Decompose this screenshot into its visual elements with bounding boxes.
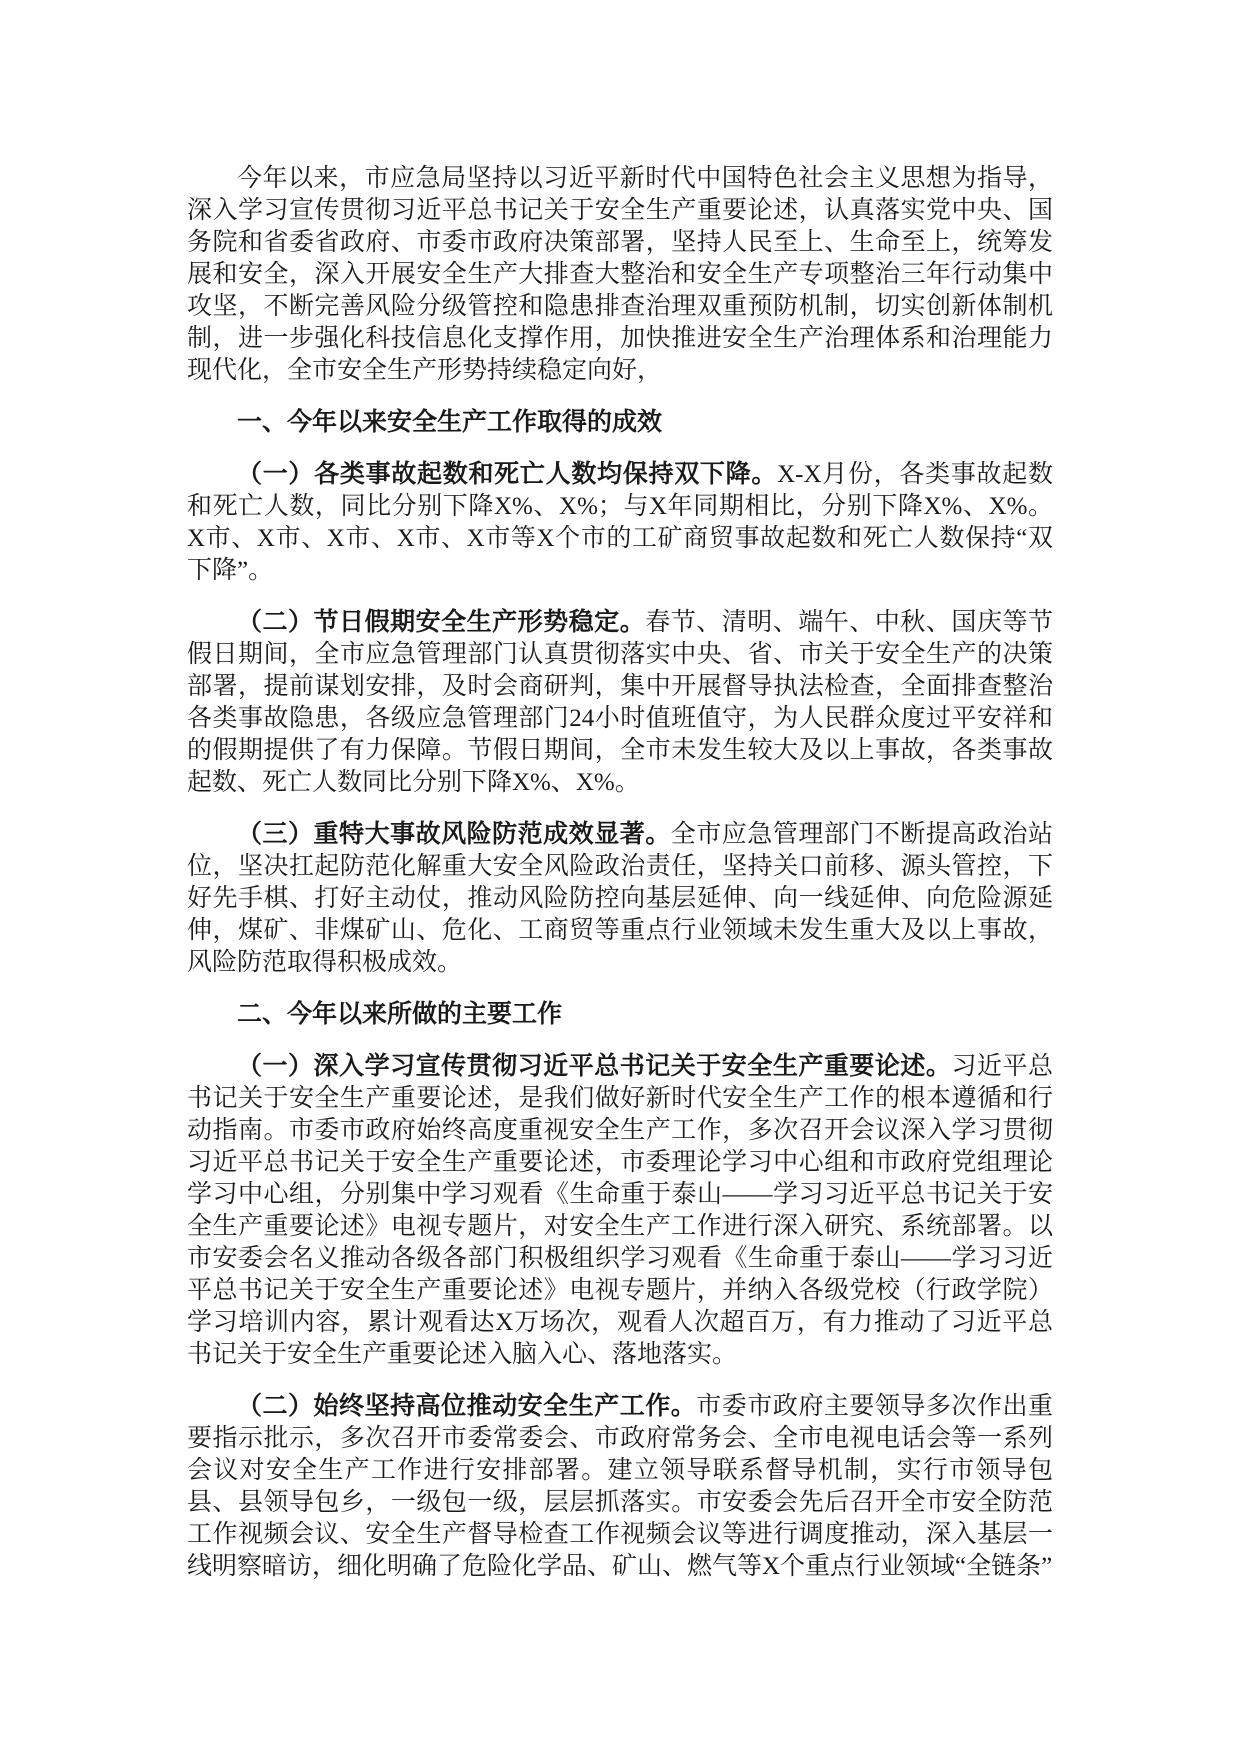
section-1-item-2-text: 春节、清明、端午、中秋、国庆等节假日期间，全市应急管理部门认真贯彻落实中央、省、… [187,609,1053,796]
section-2-item-2: （二）始终坚持高位推动安全生产工作。市委市政府主要领导多次作出重要指示批示，多次… [187,1391,1053,1583]
section-2-item-1-text: 习近平总书记关于安全生产重要论述，是我们做好新时代安全生产工作的根本遵循和行动指… [187,1053,1053,1368]
document-page: 今年以来，市应急局坚持以习近平新时代中国特色社会主义思想为指导，深入学习宣传贯彻… [0,0,1240,1754]
section-1-item-3-lead: （三）重特大事故风险防范成效显著。 [237,821,671,848]
section-1-item-2-lead: （二）节日假期安全生产形势稳定。 [237,609,645,636]
section-2-item-2-lead: （二）始终坚持高位推动安全生产工作。 [237,1393,696,1420]
intro-paragraph: 今年以来，市应急局坚持以习近平新时代中国特色社会主义思想为指导，深入学习宣传贯彻… [187,163,1053,387]
section-1-item-1: （一）各类事故起数和死亡人数均保持双下降。X-X月份，各类事故起数和死亡人数，同… [187,459,1053,587]
section-1-item-3: （三）重特大事故风险防范成效显著。全市应急管理部门不断提高政治站位，坚决扛起防范… [187,819,1053,979]
section-2-item-2-text: 市委市政府主要领导多次作出重要指示批示，多次召开市委常委会、市政府常务会、全市电… [187,1393,1053,1580]
section-1-item-2: （二）节日假期安全生产形势稳定。春节、清明、端午、中秋、国庆等节假日期间，全市应… [187,607,1053,799]
section-2-item-1: （一）深入学习宣传贯彻习近平总书记关于安全生产重要论述。习近平总书记关于安全生产… [187,1051,1053,1371]
section-2-heading: 二、今年以来所做的主要工作 [187,999,1053,1031]
section-1-heading: 一、今年以来安全生产工作取得的成效 [187,407,1053,439]
section-1-item-1-lead: （一）各类事故起数和死亡人数均保持双下降。 [237,461,777,488]
section-2-item-1-lead: （一）深入学习宣传贯彻习近平总书记关于安全生产重要论述。 [237,1053,951,1080]
